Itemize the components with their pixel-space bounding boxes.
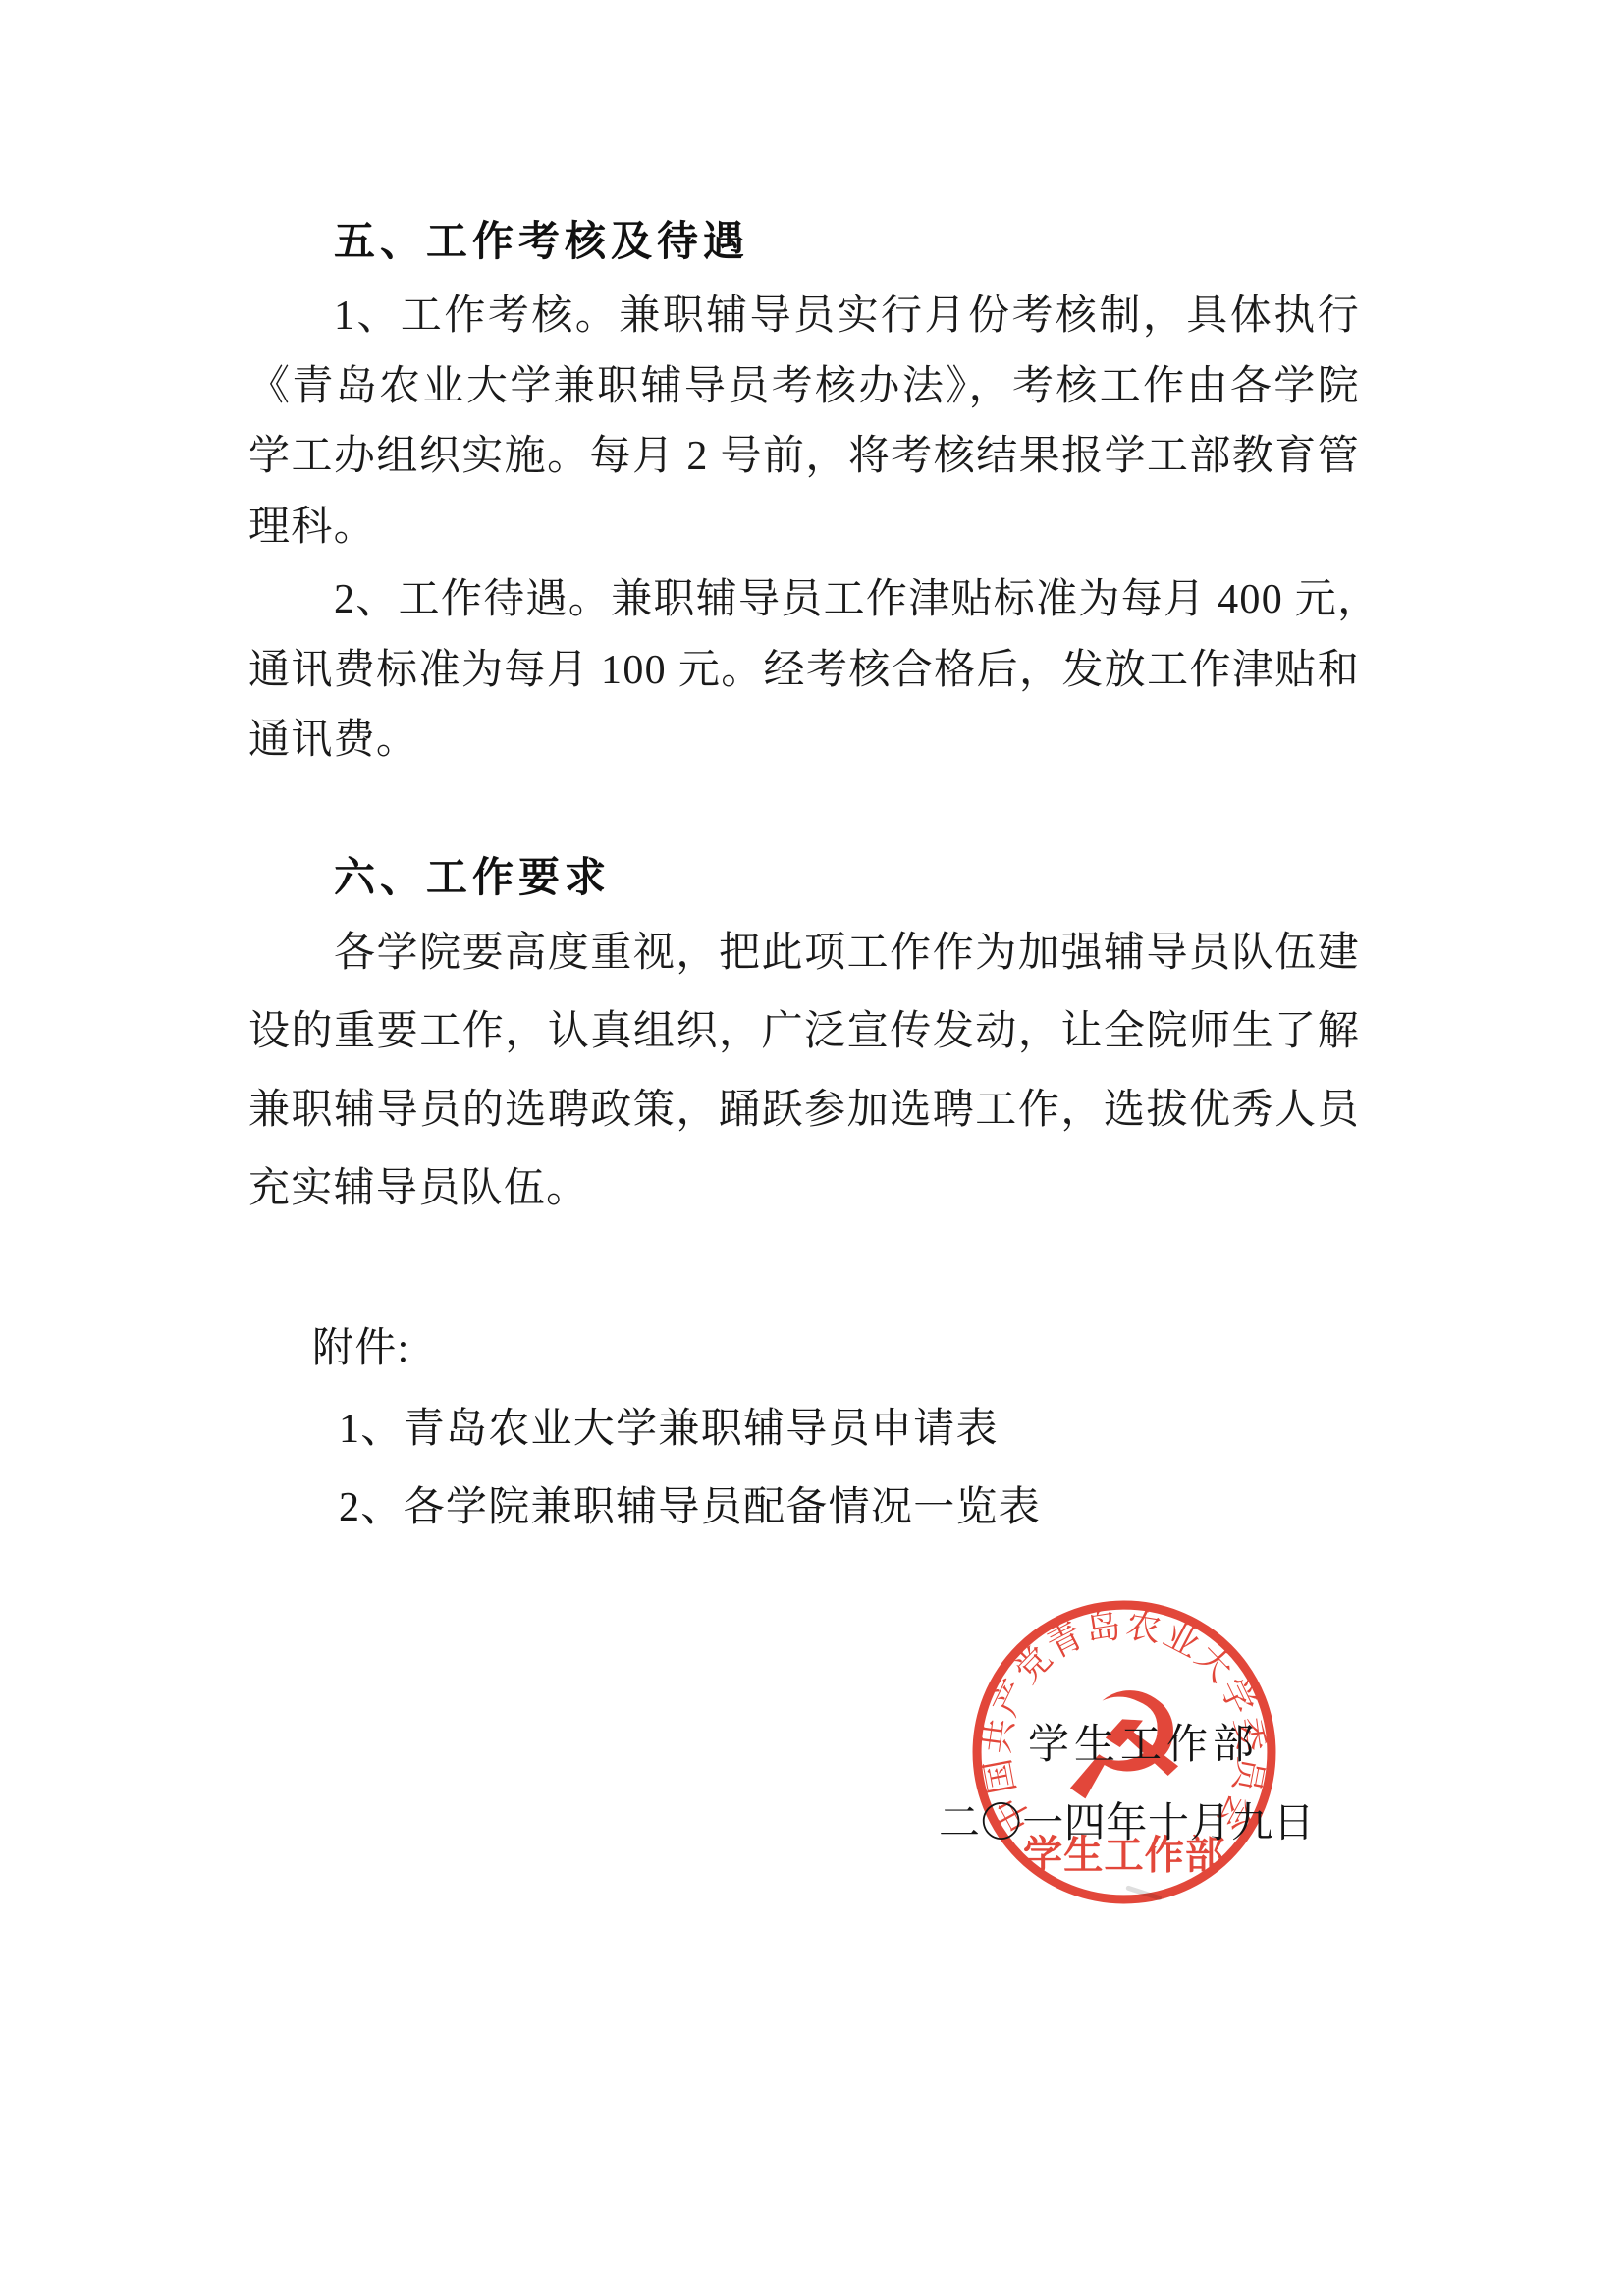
- signature-department: 学生工作部: [1028, 1725, 1259, 1766]
- paragraph-line: 1、工作考核。兼职辅导员实行月份考核制，具体执行: [248, 282, 1360, 352]
- signature-date: 二〇一四年十月九日: [939, 1803, 1315, 1844]
- paragraph-line: 2、工作待遇。兼职辅导员工作津贴标准为每月 400 元，: [248, 565, 1360, 636]
- document-page: 五、工作考核及待遇 1、工作考核。兼职辅导员实行月份考核制，具体执行 《青岛农业…: [0, 0, 1624, 2296]
- paragraph-line: 各学院要高度重视，把此项工作作为加强辅导员队伍建: [248, 914, 1360, 992]
- section-heading-5: 五、工作考核及待遇: [334, 212, 749, 271]
- paragraph-line: 充实辅导员队伍。: [248, 1149, 1360, 1228]
- paragraph-requirements: 各学院要高度重视，把此项工作作为加强辅导员队伍建 设的重要工作，认真组织，广泛宣…: [248, 914, 1360, 1228]
- paragraph-line: 设的重要工作，认真组织，广泛宣传发动，让全院师生了解: [248, 992, 1360, 1071]
- attachments-list: 1、青岛农业大学兼职辅导员申请表 2、各学院兼职辅导员配备情况一览表: [339, 1390, 1041, 1547]
- paragraph-assessment: 1、工作考核。兼职辅导员实行月份考核制，具体执行 《青岛农业大学兼职辅导员考核办…: [248, 282, 1360, 562]
- paragraph-line: 兼职辅导员的选聘政策，踊跃参加选聘工作，选拔优秀人员: [248, 1071, 1360, 1149]
- paragraph-line: 通讯费。: [248, 706, 1360, 776]
- attachment-item: 1、青岛农业大学兼职辅导员申请表: [339, 1390, 1041, 1468]
- attachment-item: 2、各学院兼职辅导员配备情况一览表: [339, 1468, 1041, 1547]
- paragraph-line: 《青岛农业大学兼职辅导员考核办法》，考核工作由各学院: [248, 352, 1360, 423]
- paragraph-compensation: 2、工作待遇。兼职辅导员工作津贴标准为每月 400 元， 通讯费标准为每月 10…: [248, 565, 1360, 776]
- attachments-label: 附件:: [312, 1309, 410, 1388]
- paragraph-line: 理科。: [248, 493, 1360, 563]
- section-heading-6: 六、工作要求: [334, 848, 611, 907]
- paragraph-line: 学工办组织实施。每月 2 号前，将考核结果报学工部教育管: [248, 422, 1360, 493]
- paragraph-line: 通讯费标准为每月 100 元。经考核合格后，发放工作津贴和: [248, 636, 1360, 707]
